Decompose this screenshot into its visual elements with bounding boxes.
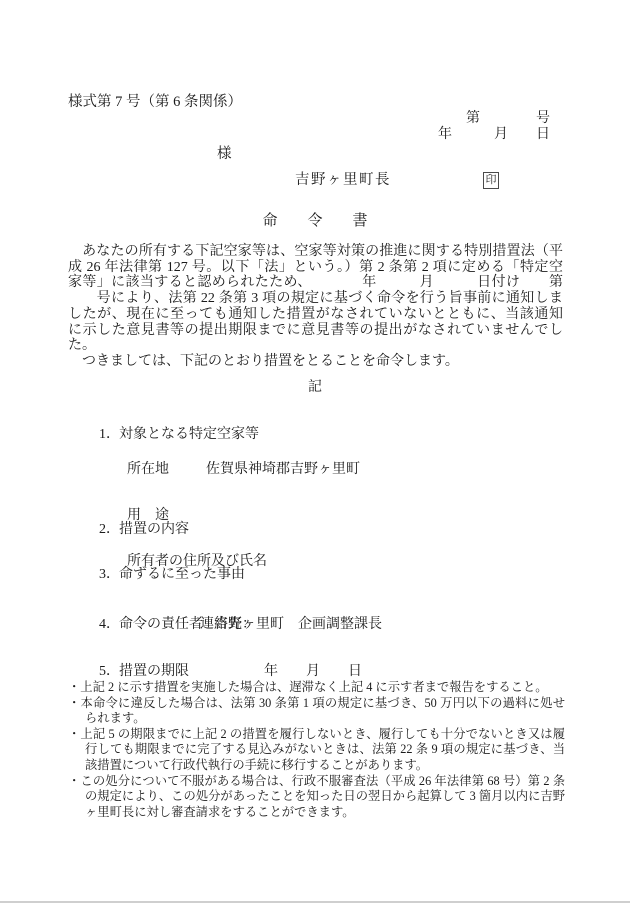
body-line: た。 (68, 338, 563, 354)
field-row: 所在地佐賀県神埼郡吉野ヶ里町 (127, 462, 360, 477)
form-number-label: 様式第 7 号（第 6 条関係） (68, 94, 242, 110)
note-item: ・上記 5 の期限までに上記 2 の措置を履行しないとき、履行しても十分でないと… (68, 727, 565, 774)
body-line: したが、現在に至っても通知した措置がなされていないとともに、当該通知 (68, 307, 563, 323)
issuer-name: 吉野ヶ里町長 (295, 172, 391, 188)
section-2-heading: 2．措置の内容 (85, 506, 189, 554)
section-title: 命ずるに至った事由 (119, 567, 245, 582)
section-number: 3． (99, 567, 119, 583)
section-number: 5． (99, 664, 119, 680)
note-item: ・この処分について不服がある場合は、行政不服審査法（平成 26 年法律第 68 … (68, 774, 565, 821)
section-title: 措置の期限 (119, 664, 264, 680)
note-item: ・本命令に違反した場合は、法第 30 条第 1 項の規定に基づき、50 万円以下… (68, 696, 565, 727)
seal-text: 印 (486, 174, 497, 186)
field-label: 所在地 (127, 462, 206, 477)
note-item: ・上記 2 に示す措置を実施した場合は、遅滞なく上記 4 に示す者まで報告をする… (68, 680, 565, 696)
contact-line: 連絡先： (200, 617, 256, 633)
section-title: 措置の内容 (119, 522, 189, 537)
notes-list: ・上記 2 に示す措置を実施した場合は、遅滞なく上記 4 に示す者まで報告をする… (68, 680, 565, 820)
body-line: に示した意見書等の提出期限までに意見書等の提出がなされていませんでし (68, 323, 563, 339)
order-document-page: 様式第 7 号（第 6 条関係） 第 号 年 月 日 様 吉野ヶ里町長 印 命 … (0, 0, 630, 903)
middle-record-label: 記 (0, 380, 630, 396)
document-number-line: 第 号 (466, 111, 550, 127)
body-line: 家等」に該当すると認められたため、 年 月 日付け 第 (68, 275, 563, 291)
body-line: 号により、法第 22 条第 3 項の規定に基づく命令を行う旨事前に通知しま (68, 291, 563, 307)
section-number: 1． (99, 427, 119, 443)
section-number: 4． (99, 617, 119, 633)
section-3-heading: 3．命ずるに至った事由 (85, 551, 245, 599)
addressee-honorific: 様 (217, 146, 232, 162)
document-title: 命 令 書 (0, 213, 630, 230)
section-number: 2． (99, 522, 119, 538)
seal-box: 印 (483, 172, 499, 189)
document-date-line: 年 月 日 (438, 127, 550, 143)
body-line: あなたの所有する下記空家等は、空家等対策の推進に関する特別措置法（平 (68, 244, 563, 260)
body-line: 成 26 年法律第 127 号。以下「法」という。）第 2 条第 2 項に定める… (68, 260, 563, 276)
deadline-date-line: 年 月 日 (264, 664, 362, 679)
field-value: 佐賀県神埼郡吉野ヶ里町 (206, 462, 360, 477)
body-line: つきましては、下記のとおり措置をとることを命令します。 (68, 354, 563, 370)
body-paragraph: あなたの所有する下記空家等は、空家等対策の推進に関する特別措置法（平 成 26 … (68, 244, 563, 370)
